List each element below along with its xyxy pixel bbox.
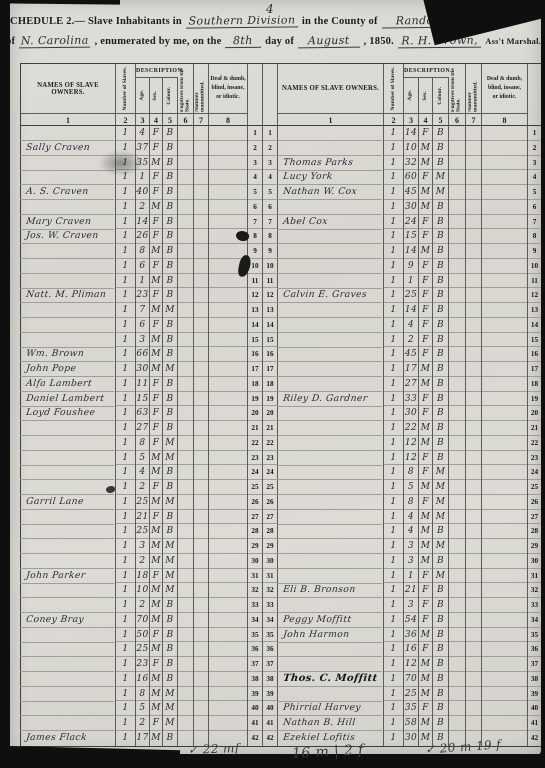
cell-col: B [433,274,448,289]
cell-slaves: 1 [116,554,135,569]
cell-sex: M [150,539,162,554]
cell-fug [449,451,465,466]
row-number: 24 [263,465,277,480]
column-sex: Sex. 4 FMMFMMFFMFFFFFFFMMFFMMFFMFMMMMFFF… [419,78,433,746]
cell-deaf [482,318,527,333]
sex-cells: FMMFMMFFMFFFFFFFMMFFMMFFMFMMMMFFFFMFMMMF… [419,126,432,746]
owner-name: Garril Lane [20,495,116,510]
cell-fug [449,318,465,333]
cell-age: 9 [404,259,418,274]
cell-sex: F [419,392,432,407]
cell-man [194,657,208,672]
owner-name [20,554,116,569]
column-number: 1 [21,113,115,126]
row-number: 30 [248,554,262,569]
cell-age: 14 [404,244,418,259]
cell-slaves: 1 [116,436,135,451]
scan-edge-left [0,0,10,768]
cell-sex: F [419,569,432,584]
cell-man [194,126,208,141]
cell-col: B [433,200,448,215]
cell-fug [178,377,193,392]
owner-name: John Parker [20,569,116,584]
cell-col: B [433,583,448,598]
owner-name [277,554,384,569]
cell-slaves: 1 [116,731,135,746]
row-number: 14 [248,318,262,333]
cell-col: B [163,318,177,333]
cell-man [194,392,208,407]
cell-age: 21 [404,583,418,598]
row-number: 28 [248,524,262,539]
owner-name: Riley D. Gardner [277,392,384,407]
column-header-number-of-slaves: Number of Slaves. [391,67,397,111]
cell-sex: M [419,421,432,436]
cell-man [194,480,208,495]
column-fugitives: Fugitives from the State. 6 [178,64,194,746]
row-number: 20 [528,406,541,421]
cell-man [466,539,481,554]
cell-age: 8 [404,495,418,510]
cell-slaves: 1 [116,274,135,289]
column-manumitted: Number manumitted. 7 [194,64,209,746]
column-number: 3 [404,113,418,126]
row-number: 7 [263,215,277,230]
column-number: 2 [384,113,403,126]
cell-slaves: 1 [116,215,135,230]
cell-slaves: 1 [384,465,403,480]
cell-sex: M [150,687,162,702]
owner-name [277,687,384,702]
row-number: 29 [248,539,262,554]
cell-fug [178,628,193,643]
cell-sex: F [419,406,432,421]
owner-name [20,465,116,480]
row-number: 30 [263,554,277,569]
cell-col: B [433,156,448,171]
row-number: 15 [263,333,277,348]
cell-slaves: 1 [116,672,135,687]
cell-man [466,613,481,628]
cell-deaf [209,362,247,377]
cell-col: M [433,510,448,525]
slave-count-cells: 1111111111111111111111111111111111111111… [116,126,135,746]
row-number: 8 [528,229,541,244]
cell-age: 50 [136,628,149,643]
cell-man [466,126,481,141]
cell-age: 25 [136,642,149,657]
row-number: 9 [263,244,277,259]
column-manumitted: Number manumitted. 7 [466,64,482,746]
manumitted-cells [194,126,208,746]
cell-age: 6 [136,318,149,333]
column-header-colour: Colour. [438,87,444,105]
cell-man [466,436,481,451]
cell-man [466,274,481,289]
row-number: 16 [528,347,541,362]
cell-fug [449,185,465,200]
cell-fug [449,524,465,539]
cell-deaf [482,510,527,525]
cell-deaf [482,347,527,362]
cell-sex: F [150,392,162,407]
cell-deaf [209,170,247,185]
cell-age: 70 [404,672,418,687]
owner-name [20,672,116,687]
row-number: 39 [528,687,541,702]
cell-sex: F [419,229,432,244]
cell-slaves: 1 [384,569,403,584]
cell-age: 6 [136,259,149,274]
owner-name: John Harmon [277,628,384,643]
row-number: 40 [248,701,262,716]
cell-col: M [163,554,177,569]
row-number-column-middle: 1234567891011121314151617181920212223242… [263,64,278,746]
cell-col: B [163,628,177,643]
cell-deaf [209,421,247,436]
owner-name [277,642,384,657]
cell-col: B [433,347,448,362]
row-number: 32 [528,583,541,598]
row-number: 31 [528,569,541,584]
cell-man [194,716,208,731]
cell-fug [449,406,465,421]
cell-sex: F [150,170,162,185]
cell-age: 35 [404,701,418,716]
owner-name [277,480,384,495]
cell-man [194,554,208,569]
cell-age: 25 [404,687,418,702]
cell-col: M [433,185,448,200]
cell-fug [178,141,193,156]
cell-sex: M [419,716,432,731]
cell-slaves: 1 [384,598,403,613]
cell-sex: F [150,716,162,731]
cell-col: B [433,451,448,466]
cell-sex: F [419,318,432,333]
cell-deaf [482,156,527,171]
cell-col: B [433,333,448,348]
owner-name [277,377,384,392]
owner-name [20,716,116,731]
row-number: 40 [263,701,277,716]
cell-fug [449,347,465,362]
row-number: 29 [263,539,277,554]
row-number: 28 [528,524,541,539]
cell-deaf [209,318,247,333]
cell-col: M [163,701,177,716]
row-number: 8 [248,229,262,244]
owner-name [20,200,116,215]
row-number: 42 [528,731,541,746]
cell-fug [178,687,193,702]
cell-deaf [209,642,247,657]
row-number: 42 [248,731,262,746]
cell-fug [178,333,193,348]
cell-age: 33 [404,392,418,407]
cell-col: M [433,480,448,495]
cell-man [466,347,481,362]
owner-name: Loyd Foushee [20,406,116,421]
row-number: 34 [528,613,541,628]
cell-slaves: 1 [384,613,403,628]
cell-age: 26 [136,229,149,244]
cell-man [194,672,208,687]
cell-col: M [163,569,177,584]
cell-man [466,554,481,569]
cell-man [466,244,481,259]
owner-name: Mary Craven [20,215,116,230]
cell-fug [178,303,193,318]
row-number: 10 [528,259,541,274]
cell-man [194,598,208,613]
cell-deaf [209,701,247,716]
cell-age: 2 [404,333,418,348]
cell-col: M [163,451,177,466]
cell-man [194,141,208,156]
cell-man [466,642,481,657]
cell-man [194,259,208,274]
cell-man [194,495,208,510]
owner-name [277,362,384,377]
cell-slaves: 1 [116,569,135,584]
cell-fug [449,716,465,731]
row-number: 36 [528,642,541,657]
column-header-names: NAMES OF SLAVE OWNERS. [21,82,115,96]
owner-name [20,642,116,657]
cell-deaf [482,524,527,539]
row-number: 38 [263,672,277,687]
cell-age: 12 [404,451,418,466]
cell-slaves: 1 [116,598,135,613]
cell-col: B [433,687,448,702]
cell-col: B [433,244,448,259]
row-number: 23 [263,451,277,466]
cell-col: B [433,392,448,407]
cell-man [466,185,481,200]
cell-col: B [163,642,177,657]
cell-deaf [209,156,247,171]
row-number: 12 [263,288,277,303]
cell-age: 30 [404,406,418,421]
owner-name: Thomas Parks [277,156,384,171]
owner-name [20,436,116,451]
cell-col: B [163,510,177,525]
row-number: 15 [528,333,541,348]
row-number: 25 [528,480,541,495]
cell-sex: F [419,642,432,657]
cell-fug [449,274,465,289]
cell-deaf [482,392,527,407]
cell-age: 32 [404,156,418,171]
cell-deaf [482,406,527,421]
cell-col: M [433,539,448,554]
row-number-column-right: 1234567891011121314151617181920212223242… [528,64,542,746]
cell-deaf [482,465,527,480]
owner-name [20,510,116,525]
page-mark: 4 [266,2,274,16]
cell-age: 12 [404,657,418,672]
cell-sex: M [419,480,432,495]
owner-name [277,347,384,362]
cell-deaf [209,436,247,451]
row-number: 41 [248,716,262,731]
row-number: 39 [263,687,277,702]
cell-sex: F [419,598,432,613]
cell-fug [449,421,465,436]
cell-man [194,229,208,244]
row-number: 2 [528,141,541,156]
cell-fug [449,229,465,244]
cell-man [466,628,481,643]
cell-col: B [433,716,448,731]
title-text-2: in the County of [302,16,378,27]
cell-age: 3 [404,554,418,569]
cell-age: 15 [404,229,418,244]
owner-name [20,318,116,333]
cell-slaves: 1 [384,672,403,687]
column-header-fugitives: Fugitives from the State. [180,65,191,112]
cell-sex: F [150,141,162,156]
cell-sex: F [150,569,162,584]
row-number: 42 [263,731,277,746]
cell-age: 8 [136,436,149,451]
cell-slaves: 1 [116,613,135,628]
cell-age: 2 [136,598,149,613]
row-number: 16 [248,347,262,362]
row-number: 22 [263,436,277,451]
cell-slaves: 1 [116,303,135,318]
cell-col: B [163,377,177,392]
owner-name [277,465,384,480]
cell-man [466,156,481,171]
cell-fug [178,672,193,687]
row-number: 1 [248,126,262,141]
cell-sex: M [150,672,162,687]
cell-col: B [163,657,177,672]
row-number: 26 [263,495,277,510]
cell-deaf [482,642,527,657]
cell-fug [178,569,193,584]
cell-fug [449,598,465,613]
cell-fug [449,392,465,407]
cell-slaves: 1 [384,392,403,407]
cell-col: B [163,200,177,215]
cell-man [194,362,208,377]
cell-sex: M [419,628,432,643]
cell-man [194,701,208,716]
cell-man [194,628,208,643]
month-field: August [298,34,360,49]
cell-age: 10 [404,141,418,156]
cell-col: B [433,303,448,318]
owner-name: Wm. Brown [20,347,116,362]
cell-man [194,170,208,185]
row-number: 39 [248,687,262,702]
cell-man [466,259,481,274]
cell-slaves: 1 [384,126,403,141]
column-owner-names: NAMES OF SLAVE OWNERS. 1 Thomas ParksLuc… [278,64,384,746]
cell-age: 14 [404,126,418,141]
cell-fug [449,362,465,377]
cell-fug [178,200,193,215]
cell-col: B [163,524,177,539]
cell-deaf [209,524,247,539]
row-number: 41 [263,716,277,731]
cell-sex: F [419,347,432,362]
column-deaf-dumb: Deaf & dumb, blind, insane, or idiotic. … [209,64,248,746]
fugitive-cells [449,126,465,746]
cell-deaf [482,687,527,702]
row-number: 19 [528,392,541,407]
column-colour: Colour. 5 BBBBBBBBBBBBMBBBMBBBBMMBBMBBMM… [163,78,178,746]
row-number: 27 [263,510,277,525]
row-number: 27 [528,510,541,525]
cell-age: 24 [404,215,418,230]
cell-deaf [482,362,527,377]
cell-col: B [163,333,177,348]
row-number: 21 [263,421,277,436]
title-text-1: — Slave Inhabitants in [74,16,181,27]
cell-slaves: 1 [384,421,403,436]
cell-fug [178,347,193,362]
cell-man [466,465,481,480]
cell-fug [449,215,465,230]
cell-slaves: 1 [384,318,403,333]
cell-age: 25 [136,524,149,539]
column-header-fugitives: Fugitives from the State. [451,65,462,112]
cell-fug [178,510,193,525]
cell-age: 23 [136,288,149,303]
cell-col: B [163,672,177,687]
cell-sex: F [419,303,432,318]
cell-deaf [482,377,527,392]
owner-name: James Flack [20,731,116,746]
table-right-half: NAMES OF SLAVE OWNERS. 1 Thomas ParksLuc… [278,64,528,746]
cell-col: M [163,495,177,510]
cell-man [194,510,208,525]
cell-age: 12 [404,436,418,451]
cell-deaf [209,333,247,348]
column-header-manumitted: Number manumitted. [195,65,206,112]
cell-man [466,569,481,584]
cell-sex: M [419,524,432,539]
cell-slaves: 1 [384,451,403,466]
owner-name: Eli B. Bronson [277,583,384,598]
cell-deaf [482,554,527,569]
cell-col: B [163,185,177,200]
owner-name: Calvin E. Graves [277,288,384,303]
owner-name [20,451,116,466]
cell-col: M [163,687,177,702]
cell-col: B [163,288,177,303]
cell-deaf [482,170,527,185]
slave-count-cells: 1111111111111111111111111111111111111111… [384,126,403,746]
row-number: 1 [263,126,277,141]
cell-slaves: 1 [116,362,135,377]
cell-deaf [209,288,247,303]
cell-deaf [482,716,527,731]
row-number: 33 [263,598,277,613]
cell-slaves: 1 [116,642,135,657]
row-number: 32 [248,583,262,598]
cell-col: B [163,480,177,495]
age-cells: 4373514021426861237636630111563278542252… [136,126,149,746]
cell-sex: F [419,259,432,274]
cell-age: 14 [136,215,149,230]
cell-sex: M [419,362,432,377]
cell-deaf [209,215,247,230]
